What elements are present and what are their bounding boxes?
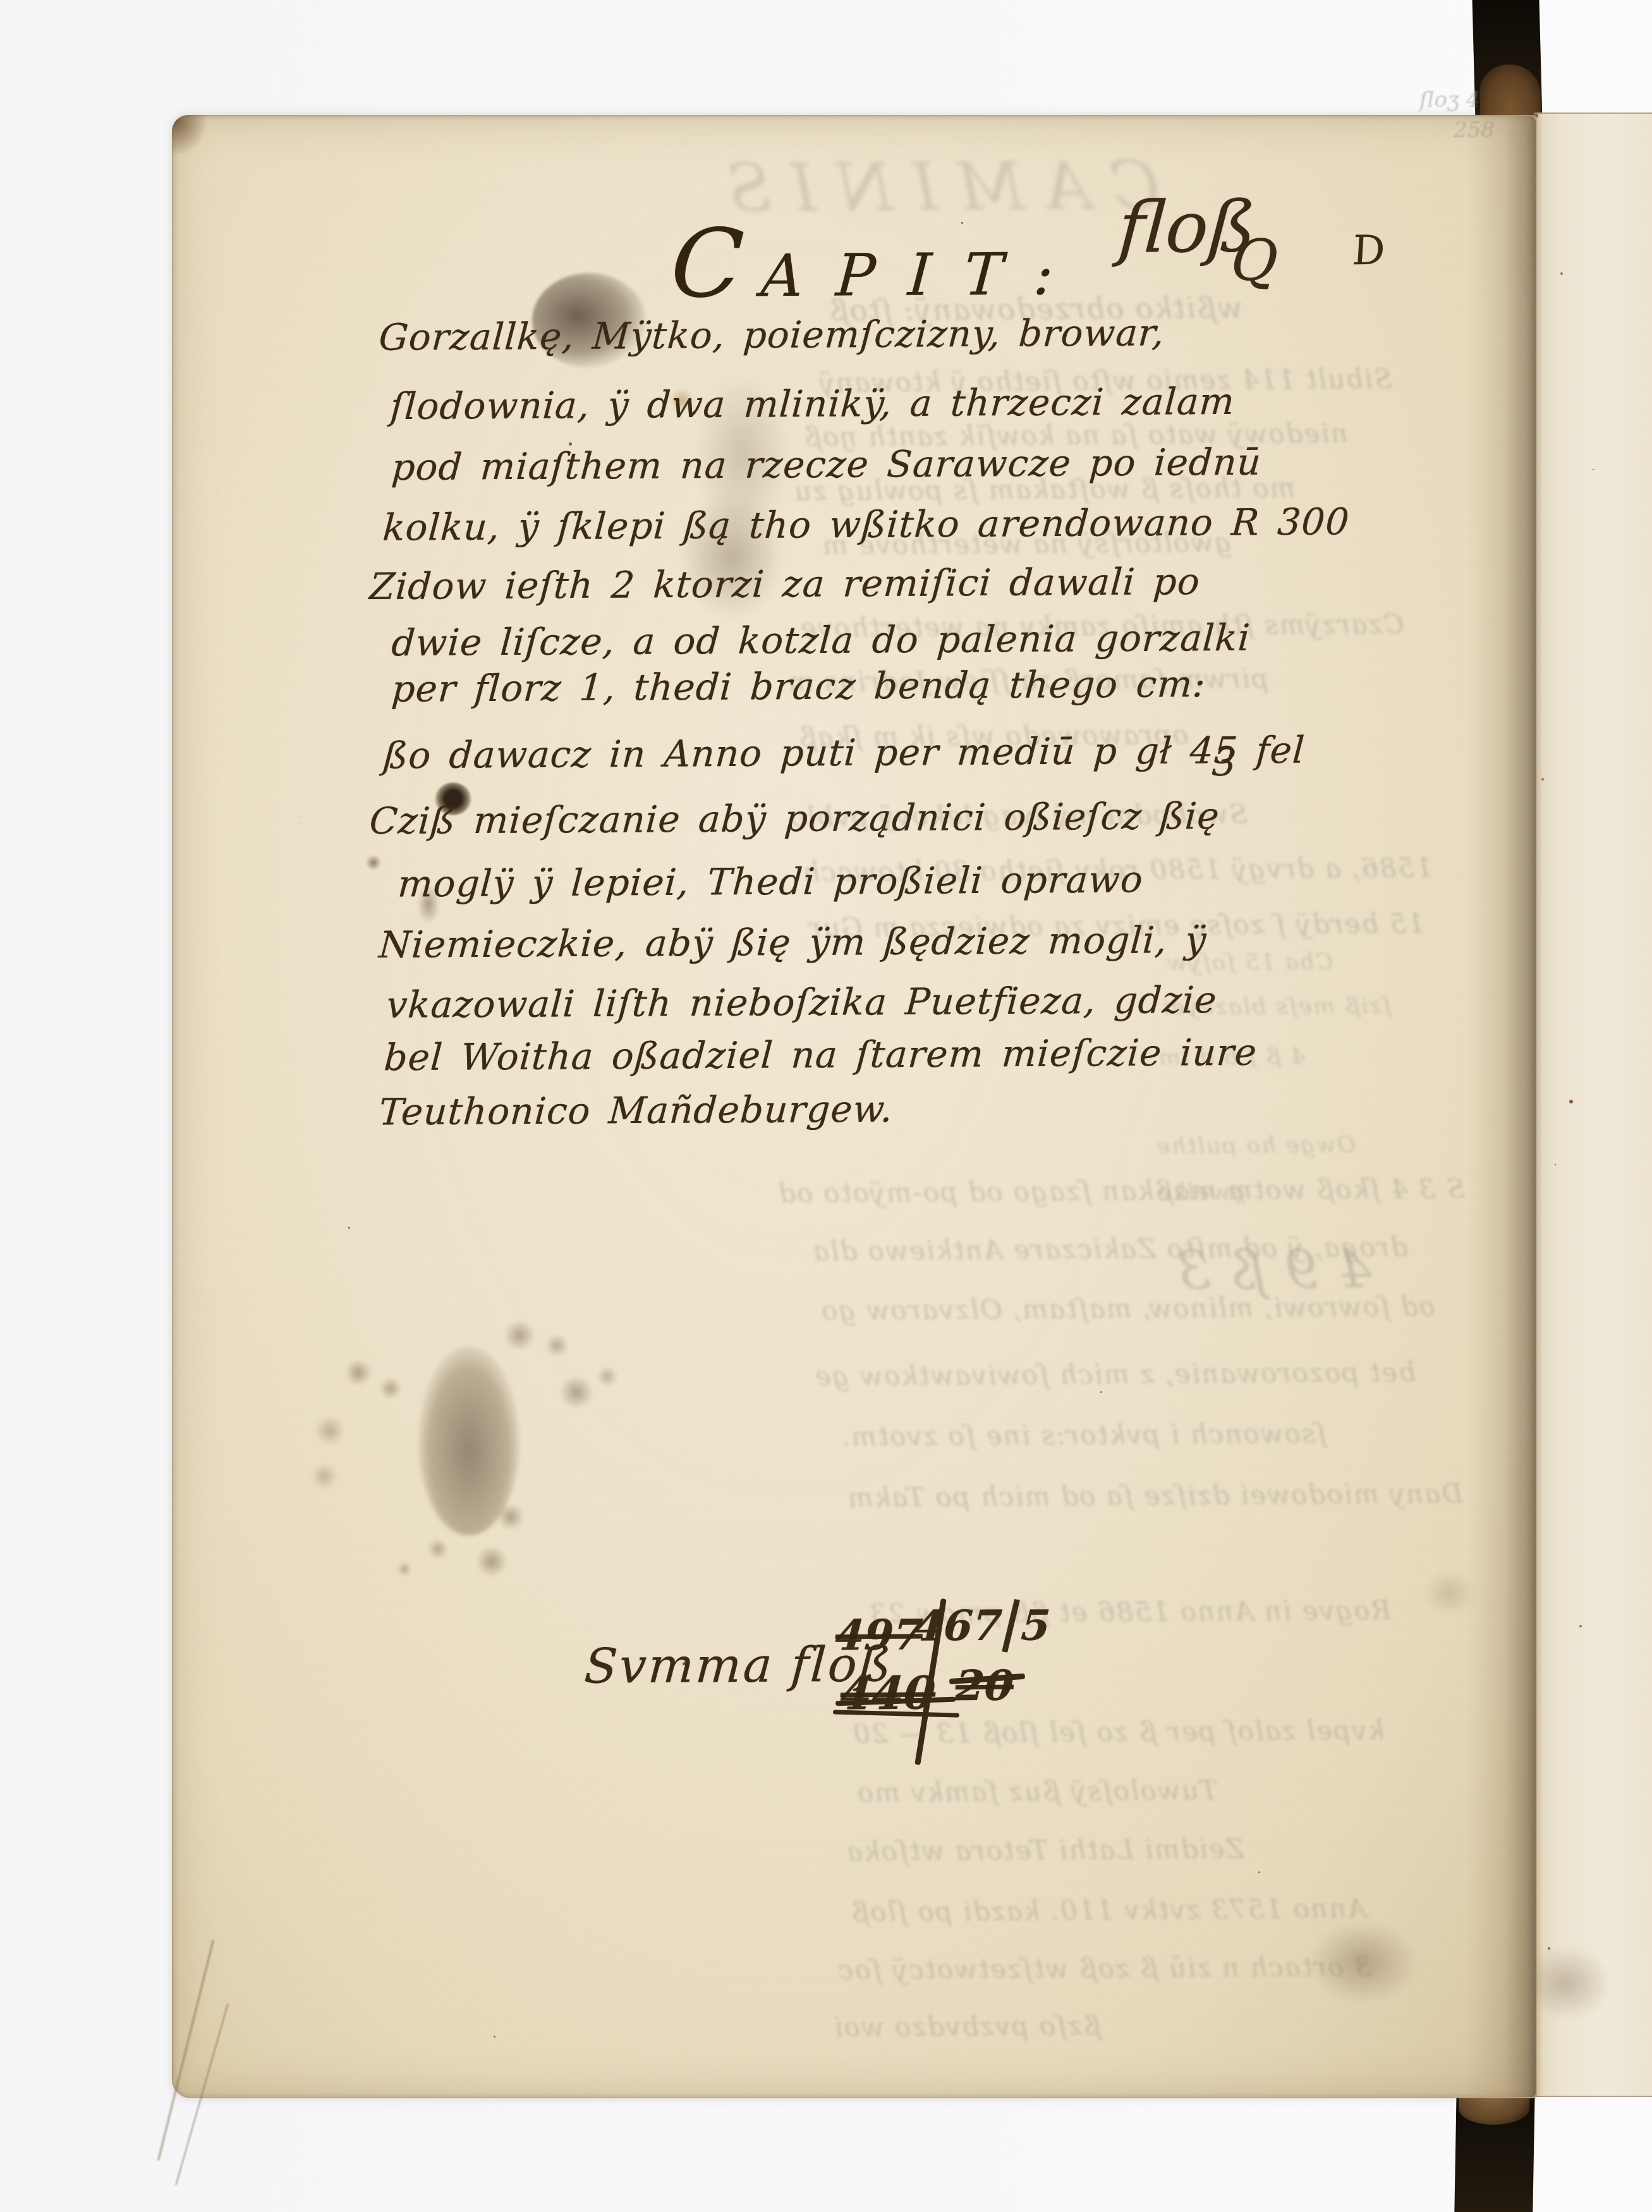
- body-line: kolku, ÿ ſklepi ßą tho wßitko arendowano…: [382, 500, 1351, 549]
- header-d-mark: D: [1351, 228, 1387, 274]
- page-title: CAPIT:: [667, 207, 1090, 319]
- stain-dot: [344, 1360, 372, 1385]
- body-line: Gorzallkę, Mÿtko, poiemſczizny, browar,: [378, 311, 1166, 359]
- stain-dot: [559, 1376, 594, 1408]
- ink-dot: [365, 854, 382, 871]
- ghost-margin-note: Owge ho pulthe: [1155, 1132, 1356, 1159]
- body-line: ßo dawacz in Anno puti per mediū p gł 45…: [382, 729, 1306, 777]
- summa-corrected-number: 467: [913, 1601, 1004, 1651]
- gutter-shading: [1466, 116, 1536, 2097]
- stain-dot: [597, 1366, 618, 1387]
- edge-crease: [157, 1940, 215, 2161]
- body-line: per florz 1, thedi bracz bendą thego cm:: [391, 662, 1207, 710]
- body-line: bel Woitha oßadziel na ſtarem mieſczie i…: [383, 1031, 1259, 1079]
- body-line: ſlodownia, ÿ dwa mlinikÿ, a thrzeczi zal…: [389, 380, 1237, 428]
- ghost-margin-figure: 4 9 ß 3: [1175, 1238, 1372, 1301]
- stain-dot: [497, 1504, 525, 1529]
- ghost-line: ſsowonch i pvktor:s ine ſo zvotm.: [841, 1418, 1327, 1452]
- body-line: Niemieczkie, abÿ ßię ÿm ßędziez mogli, ÿ: [378, 918, 1208, 966]
- book-clasp-strap-bottom: [1454, 2092, 1534, 2212]
- body-line: Cziß mieſczanie abÿ porządnici oßieſcz ß…: [368, 794, 1222, 842]
- stain-dot: [545, 1335, 569, 1356]
- body-line: dwie liſcze, a od kotzla do palenia gorz…: [391, 616, 1252, 664]
- ghost-line: kvpel zaloſ per ß zo ſel ſloß 13 — 20: [852, 1715, 1385, 1749]
- scanned-spread: CAMINIS ſloʒ 4 258 wßitko obrzedowanÿ: ſ…: [0, 0, 1652, 2212]
- stain-dot: [427, 1540, 449, 1559]
- stain-dot: [315, 1417, 345, 1445]
- adjacent-page-edge: [1534, 112, 1652, 2097]
- stain-dot: [503, 1321, 536, 1350]
- body-line: Zidow ieſth 2 ktorzi za remiſici dawali …: [368, 560, 1201, 608]
- stain-dot: [311, 1464, 337, 1489]
- ghost-line: Anno 1573 zvtkv 110. kazdi po ſloß: [850, 1893, 1367, 1928]
- strap-leather-tip: [1479, 64, 1541, 120]
- book-clasp-strap-top: [1473, 0, 1543, 120]
- ghost-line: Dany miodowei dziſze ſa od mich po Takm: [847, 1478, 1463, 1514]
- edge-crease: [175, 2003, 229, 2185]
- stain-dot: [475, 1547, 508, 1576]
- ghost-line: S 3 4 ſkoß wotm maßkan ſzago od po-mÿoto…: [777, 1173, 1465, 1209]
- ghost-corner-note: 258: [1454, 118, 1495, 143]
- margin-number: 3: [1211, 741, 1238, 785]
- ghost-line: Zeidmi Lathi Tetora wtſoka: [846, 1833, 1244, 1867]
- ghost-line: bet pozorowanie, z mich ſowivawtkow ge: [814, 1357, 1416, 1392]
- body-line: moglÿ ÿ lepiei, Thedi proßieli oprawo: [397, 858, 1145, 905]
- stain: [1309, 1921, 1417, 2003]
- summa-struck-value: 20: [954, 1661, 1015, 1711]
- ghost-corner-note: ſloʒ 4: [1419, 87, 1480, 112]
- ghost-line: 3 ortach n ziũ ß zoß wtſzetwotcÿ ſoc: [837, 1951, 1371, 1986]
- body-line: vkazowali liſth nieboſzika Puetfieza, gd…: [386, 978, 1218, 1026]
- body-line: pod miaſthem na rzecze Sarawcze po iednū: [391, 441, 1263, 489]
- header-q-mark: Q: [1229, 228, 1280, 294]
- corner-wear: [172, 115, 206, 154]
- summa-struck-value: 497: [834, 1610, 924, 1660]
- stain: [1522, 1947, 1610, 2019]
- body-line: Teuthonico Mañdeburgew.: [378, 1088, 894, 1134]
- stain: [1423, 1571, 1475, 1615]
- stain-dot: [397, 1562, 412, 1576]
- ghost-line: Tuwoloſsÿ ßuz ſamkv mo: [856, 1775, 1218, 1808]
- stain-dot: [379, 1378, 402, 1399]
- ghost-line: ßzſo pvzbvdzo woi: [833, 2010, 1101, 2043]
